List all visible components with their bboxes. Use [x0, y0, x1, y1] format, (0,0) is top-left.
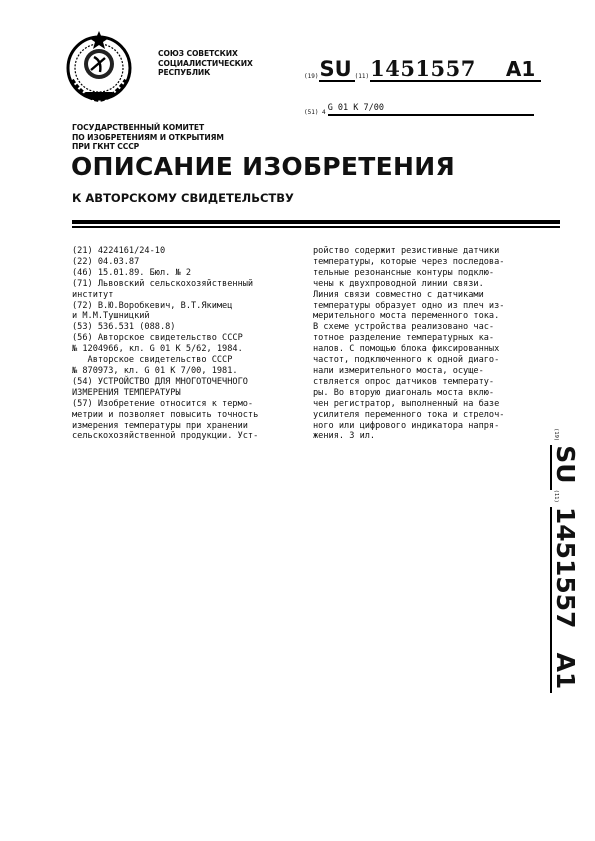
- text-line: (22) 04.03.87: [72, 257, 258, 268]
- text-line: сельскохозяйственной продукции. Уст-: [72, 431, 258, 442]
- text-line: (57) Изобретение относится к термо-: [72, 399, 258, 410]
- text-line: тельные резонансные контуры подклю-: [313, 268, 504, 279]
- text-line: Линия связи совместно с датчиками: [313, 290, 504, 301]
- text-line: жения. 3 ил.: [313, 431, 504, 442]
- side-country-code: SU: [550, 445, 578, 489]
- text-line: температуры, которые через последова-: [313, 257, 504, 268]
- text-line: (46) 15.01.89. Бюл. № 2: [72, 268, 258, 279]
- text-line: чен регистратор, выполненный на базе: [313, 399, 504, 410]
- text-line: (53) 536.531 (088.8): [72, 322, 258, 333]
- text-line: (21) 4224161/24-10: [72, 246, 258, 257]
- text-line: ры. Во вторую диагональ моста вклю-: [313, 388, 504, 399]
- document-subtitle: К АВТОРСКОМУ СВИДЕТЕЛЬСТВУ: [72, 190, 294, 206]
- text-line: В схеме устройства реализовано час-: [313, 322, 504, 333]
- side-patent-kind: A1: [550, 653, 578, 694]
- text-line: температуры образует одно из плеч из-: [313, 301, 504, 312]
- document-title: ОПИСАНИЕ ИЗОБРЕТЕНИЯ: [71, 152, 455, 182]
- ipc-value: G 01 K 7/00: [328, 103, 534, 116]
- bibliographic-column: (21) 4224161/24-10(22) 04.03.87(46) 15.0…: [72, 246, 258, 442]
- ipc-classification: (51) 4 G 01 K 7/00: [304, 103, 534, 116]
- text-line: измерения температуры при хранении: [72, 421, 258, 432]
- side-patent-label: (19) SU (11) 1451557 A1: [550, 428, 578, 693]
- text-line: институт: [72, 290, 258, 301]
- text-line: ИЗМЕРЕНИЯ ТЕМПЕРАТУРЫ: [72, 388, 258, 399]
- text-line: частот, подключенного к одной диаго-: [313, 355, 504, 366]
- text-line: тотное разделение температурных ка-: [313, 333, 504, 344]
- text-line: и М.М.Тушницкий: [72, 311, 258, 322]
- union-line: СОЦИАЛИСТИЧЕСКИХ: [158, 59, 253, 69]
- text-line: ройство содержит резистивные датчики: [313, 246, 504, 257]
- committee-line: ПРИ ГКНТ СССР: [72, 142, 224, 152]
- text-line: ствляется опрос датчиков температу-: [313, 377, 504, 388]
- patent-number: 1451557: [370, 58, 506, 82]
- header-rule: [72, 220, 560, 224]
- country-code-label: (19): [304, 73, 318, 80]
- text-line: мерительного моста переменного тока.: [313, 311, 504, 322]
- text-line: № 870973, кл. G 01 K 7/00, 1981.: [72, 366, 258, 377]
- country-code: SU: [319, 58, 354, 82]
- union-line: РЕСПУБЛИК: [158, 68, 253, 78]
- side-patent-number: 1451557: [550, 507, 578, 653]
- patent-kind: A1: [506, 58, 541, 82]
- union-name: СОЮЗ СОВЕТСКИХ СОЦИАЛИСТИЧЕСКИХ РЕСПУБЛИ…: [158, 49, 253, 78]
- text-line: налов. С помощью блока фиксированных: [313, 344, 504, 355]
- text-line: усилителя переменного тока и стрелоч-: [313, 410, 504, 421]
- number-code-label: (11): [355, 73, 369, 80]
- text-line: ного или цифрового индикатора напря-: [313, 421, 504, 432]
- patent-number-block: (19) SU (11) 1451557 A1: [304, 58, 541, 82]
- ipc-code-label: (51) 4: [304, 109, 326, 116]
- text-line: метрии и позволяет повысить точность: [72, 410, 258, 421]
- ussr-state-emblem-icon: [64, 28, 134, 104]
- text-line: Авторское свидетельство СССР: [72, 355, 258, 366]
- committee-line: ГОСУДАРСТВЕННЫЙ КОМИТЕТ: [72, 123, 224, 133]
- text-line: № 1204966, кл. G 01 K 5/62, 1984.: [72, 344, 258, 355]
- abstract-column: ройство содержит резистивные датчикитемп…: [313, 246, 504, 442]
- side-country-code-label: (19): [553, 428, 559, 441]
- committee-name: ГОСУДАРСТВЕННЫЙ КОМИТЕТ ПО ИЗОБРЕТЕНИЯМ …: [72, 123, 224, 152]
- text-line: (72) В.Ю.Воробкевич, В.Т.Якимец: [72, 301, 258, 312]
- text-line: (71) Львовский сельскохозяйственный: [72, 279, 258, 290]
- text-line: (56) Авторское свидетельство СССР: [72, 333, 258, 344]
- text-line: чены к двухпроводной линии связи.: [313, 279, 504, 290]
- text-line: нали измерительного моста, осуще-: [313, 366, 504, 377]
- text-line: (54) УСТРОЙСТВО ДЛЯ МНОГОТОЧЕЧНОГО: [72, 377, 258, 388]
- union-line: СОЮЗ СОВЕТСКИХ: [158, 49, 253, 59]
- side-number-code-label: (11): [553, 490, 559, 503]
- committee-line: ПО ИЗОБРЕТЕНИЯМ И ОТКРЫТИЯМ: [72, 133, 224, 143]
- header-rule-thin: [72, 226, 560, 228]
